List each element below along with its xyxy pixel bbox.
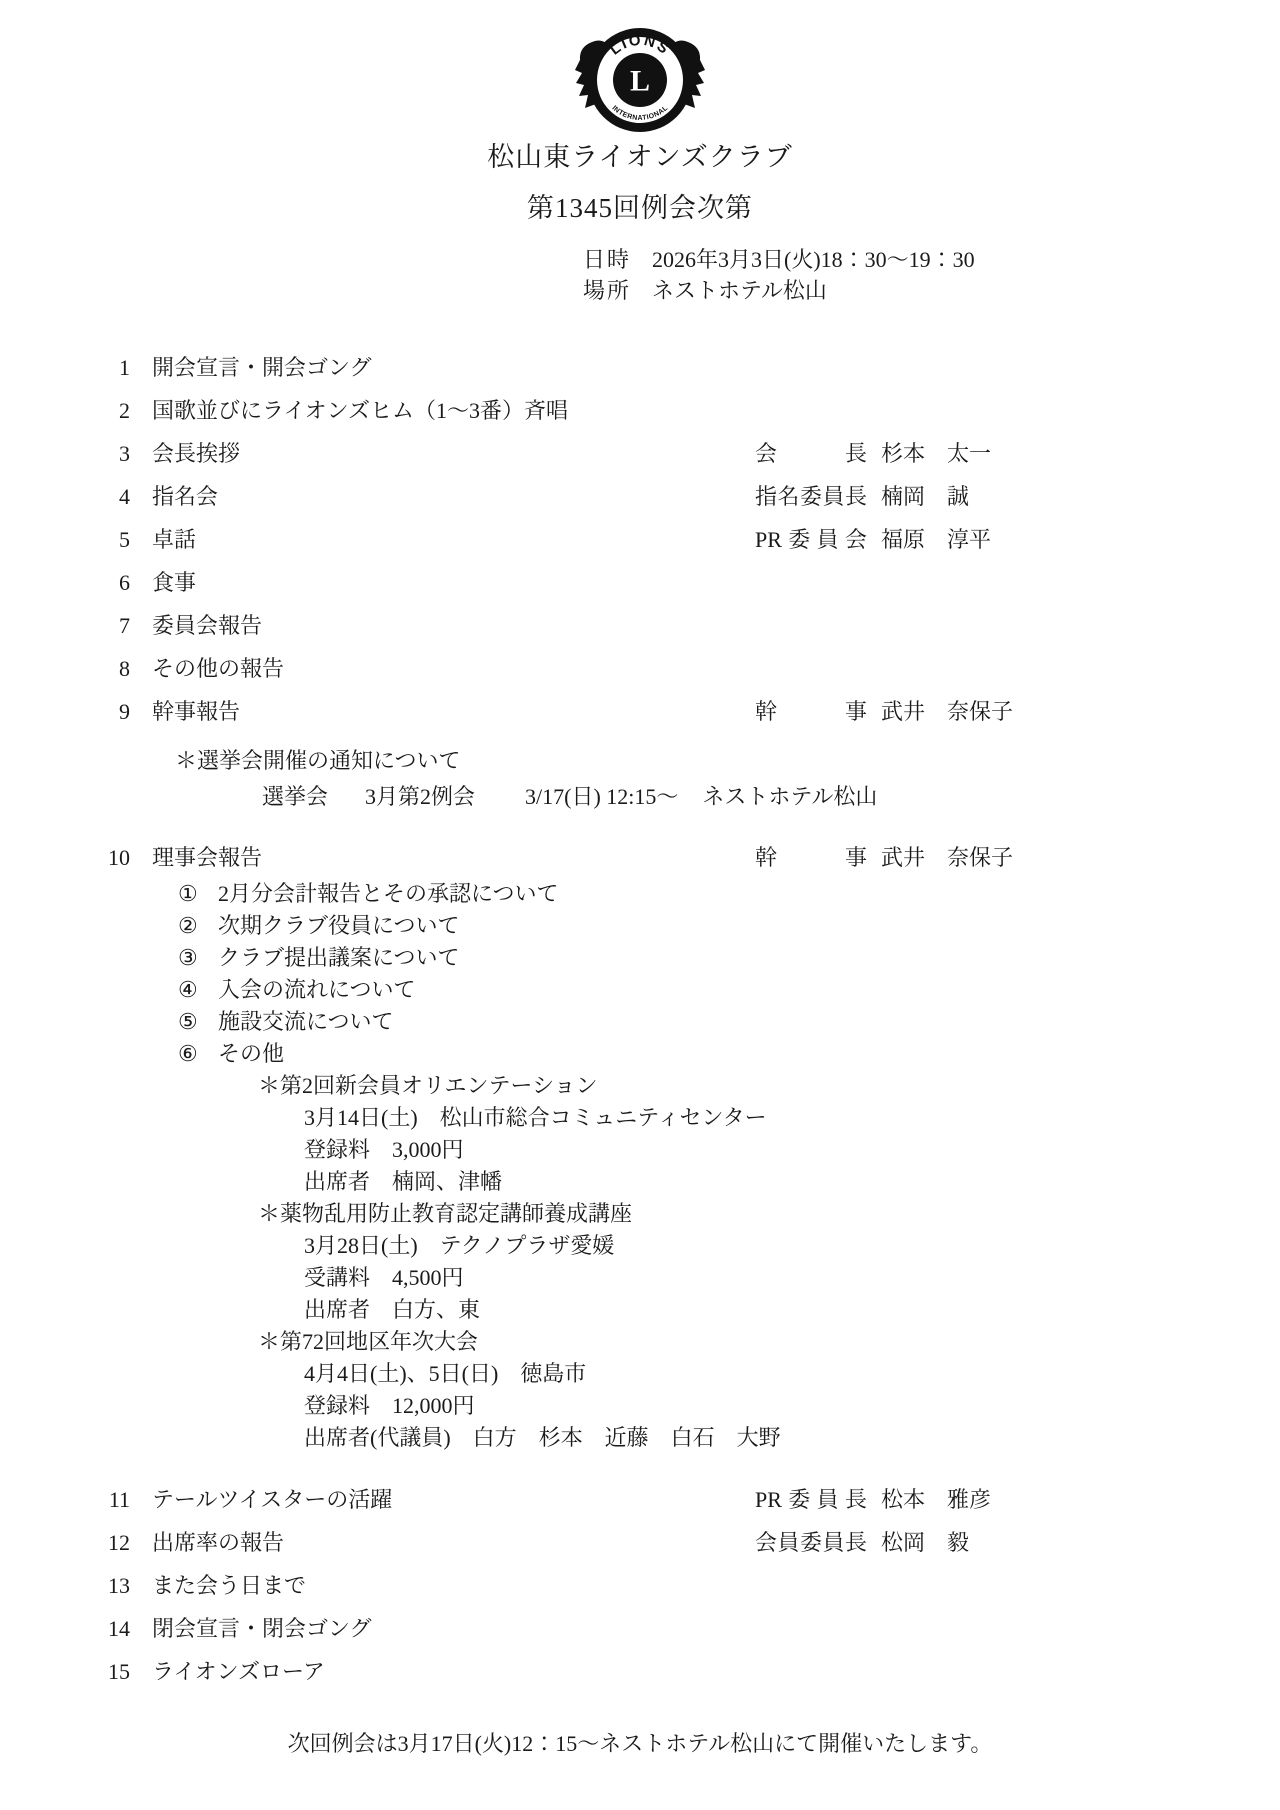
- meeting-info: 日時 2026年3月3日(火)18：30～19：30 場所 ネストホテル松山: [583, 244, 1280, 306]
- item-text: 開会宣言・開会ゴング: [152, 354, 372, 381]
- agenda-item-7: 7 委員会報告: [94, 612, 1280, 639]
- item-number: 5: [94, 526, 130, 553]
- officer-role: PR委員会: [755, 526, 867, 553]
- board-item-text: 入会の流れについて: [218, 976, 416, 1003]
- agenda-item-13: 13 また会う日まで: [94, 1572, 1280, 1599]
- board-item-text: クラブ提出議案について: [218, 944, 460, 971]
- item-number: 4: [94, 483, 130, 510]
- item-text: 出席率の報告: [152, 1529, 284, 1556]
- item-text: ライオンズローア: [152, 1658, 325, 1685]
- page-title: 松山東ライオンズクラブ: [0, 140, 1280, 174]
- logo-center-letter: L: [630, 65, 650, 98]
- board-note-1-line-2: 登録料 3,000円: [304, 1136, 1280, 1163]
- officer-block: 会員委員長 松岡 毅: [755, 1529, 969, 1556]
- board-note-2-line-1: 3月28日(土) テクノプラザ愛媛: [304, 1232, 1280, 1259]
- item-text: 幹事報告: [152, 698, 240, 725]
- item-number: 15: [94, 1658, 130, 1685]
- next-meeting-footer: 次回例会は3月17日(火)12：15～ネストホテル松山にて開催いたします。: [0, 1730, 1280, 1757]
- election-time: 3/17(日) 12:15～: [525, 783, 678, 810]
- place-label: 場所: [583, 275, 631, 306]
- agenda-item-6: 6 食事: [94, 569, 1280, 596]
- meeting-datetime: 日時 2026年3月3日(火)18：30～19：30: [583, 244, 1280, 275]
- agenda-item-8: 8 その他の報告: [94, 655, 1280, 682]
- officer-role: 幹事: [755, 698, 867, 725]
- item-number: 12: [94, 1529, 130, 1556]
- agenda-item-4: 4 指名会 指名委員長 楠岡 誠: [94, 483, 1280, 510]
- board-note-1-line-3: 出席者 楠岡、津幡: [304, 1168, 1280, 1195]
- officer-role: 会員委員長: [755, 1529, 867, 1556]
- board-report-item-6: ⑥ その他: [178, 1040, 1280, 1067]
- agenda-item-15: 15 ライオンズローア: [94, 1658, 1280, 1685]
- agenda-item-10: 10 理事会報告 幹事 武井 奈保子: [94, 844, 1280, 871]
- item-number: 1: [94, 354, 130, 381]
- board-report-item-3: ③ クラブ提出議案について: [178, 944, 1280, 971]
- officer-name: 楠岡 誠: [881, 483, 969, 510]
- officer-name: 杉本 太一: [881, 440, 991, 467]
- officer-role: PR委員長: [755, 1486, 867, 1513]
- officer-name: 松本 雅彦: [881, 1486, 991, 1513]
- agenda-item-5: 5 卓話 PR委員会 福原 淳平: [94, 526, 1280, 553]
- circled-number: ⑥: [178, 1040, 204, 1067]
- board-item-text: 施設交流について: [218, 1008, 394, 1035]
- officer-role: 会長: [755, 440, 867, 467]
- election-label: 選挙会: [262, 783, 328, 810]
- agenda-item-11: 11 テールツイスターの活躍 PR委員長 松本 雅彦: [94, 1486, 1280, 1513]
- item-number: 10: [94, 844, 130, 871]
- item-number: 7: [94, 612, 130, 639]
- officer-block: PR委員長 松本 雅彦: [755, 1486, 991, 1513]
- election-meeting: 3月第2例会: [365, 783, 475, 810]
- board-note-3-line-2: 登録料 12,000円: [304, 1392, 1280, 1419]
- board-item-text: 次期クラブ役員について: [218, 912, 460, 939]
- place-value: ネストホテル松山: [652, 275, 827, 306]
- board-note-3-line-3: 出席者(代議員) 白方 杉本 近藤 白石 大野: [304, 1424, 1280, 1451]
- officer-block: 指名委員長 楠岡 誠: [755, 483, 969, 510]
- officer-name: 武井 奈保子: [881, 698, 1013, 725]
- lions-club-logo-icon: L LIONS INTERNATIONAL: [574, 18, 706, 136]
- board-note-1-title: ＊第2回新会員オリエンテーション: [258, 1072, 1280, 1099]
- item-text: 卓話: [152, 526, 196, 553]
- board-note-2-title: ＊薬物乱用防止教育認定講師養成講座: [258, 1200, 1280, 1227]
- agenda-item-1: 1 開会宣言・開会ゴング: [94, 354, 1280, 381]
- election-place: ネストホテル松山: [702, 783, 877, 810]
- agenda-item-9: 9 幹事報告 幹事 武井 奈保子: [94, 698, 1280, 725]
- item-text: 指名会: [152, 483, 218, 510]
- item-text: 会長挨拶: [152, 440, 240, 467]
- officer-name: 武井 奈保子: [881, 844, 1013, 871]
- item-number: 14: [94, 1615, 130, 1642]
- officer-block: 幹事 武井 奈保子: [755, 844, 1013, 871]
- board-note-2-line-2: 受講料 4,500円: [304, 1264, 1280, 1291]
- item-text: テールツイスターの活躍: [152, 1486, 392, 1513]
- item-text: 国歌並びにライオンズヒム（1～3番）斉唱: [152, 397, 568, 424]
- page-subtitle: 第1345回例会次第: [0, 192, 1280, 224]
- meeting-place: 場所 ネストホテル松山: [583, 275, 1280, 306]
- logo-container: L LIONS INTERNATIONAL: [0, 0, 1280, 136]
- item-text: 閉会宣言・閉会ゴング: [152, 1615, 372, 1642]
- election-notice-detail: 選挙会 3月第2例会 3/17(日) 12:15～ ネストホテル松山: [262, 783, 1280, 810]
- board-item-text: その他: [218, 1040, 284, 1067]
- document-page: L LIONS INTERNATIONAL 松山東ライオンズクラブ 第1345回…: [0, 0, 1280, 1810]
- agenda-item-14: 14 閉会宣言・閉会ゴング: [94, 1615, 1280, 1642]
- circled-number: ②: [178, 912, 204, 939]
- officer-role: 幹事: [755, 844, 867, 871]
- datetime-value: 2026年3月3日(火)18：30～19：30: [652, 244, 975, 275]
- election-notice-heading: ＊選挙会開催の通知について: [175, 747, 1280, 774]
- item-text: 委員会報告: [152, 612, 262, 639]
- item-number: 3: [94, 440, 130, 467]
- officer-block: 会長 杉本 太一: [755, 440, 991, 467]
- board-note-3-title: ＊第72回地区年次大会: [258, 1328, 1280, 1355]
- officer-role: 指名委員長: [755, 483, 867, 510]
- board-report-item-1: ① 2月分会計報告とその承認について: [178, 880, 1280, 907]
- board-report-item-4: ④ 入会の流れについて: [178, 976, 1280, 1003]
- officer-name: 福原 淳平: [881, 526, 991, 553]
- circled-number: ①: [178, 880, 204, 907]
- item-text: その他の報告: [152, 655, 284, 682]
- board-report-item-2: ② 次期クラブ役員について: [178, 912, 1280, 939]
- item-text: 食事: [152, 569, 196, 596]
- circled-number: ④: [178, 976, 204, 1003]
- board-report-item-5: ⑤ 施設交流について: [178, 1008, 1280, 1035]
- item-text: また会う日まで: [152, 1572, 306, 1599]
- board-note-3-line-1: 4月4日(土)、5日(日) 徳島市: [304, 1360, 1280, 1387]
- board-item-text: 2月分会計報告とその承認について: [218, 880, 559, 907]
- officer-block: PR委員会 福原 淳平: [755, 526, 991, 553]
- officer-block: 幹事 武井 奈保子: [755, 698, 1013, 725]
- agenda-item-2: 2 国歌並びにライオンズヒム（1～3番）斉唱: [94, 397, 1280, 424]
- item-number: 2: [94, 397, 130, 424]
- agenda-item-3: 3 会長挨拶 会長 杉本 太一: [94, 440, 1280, 467]
- officer-name: 松岡 毅: [881, 1529, 969, 1556]
- datetime-label: 日時: [583, 244, 631, 275]
- circled-number: ③: [178, 944, 204, 971]
- item-number: 9: [94, 698, 130, 725]
- item-number: 11: [94, 1486, 130, 1513]
- board-note-1-line-1: 3月14日(土) 松山市総合コミュニティセンター: [304, 1104, 1280, 1131]
- agenda-item-12: 12 出席率の報告 会員委員長 松岡 毅: [94, 1529, 1280, 1556]
- circled-number: ⑤: [178, 1008, 204, 1035]
- item-text: 理事会報告: [152, 844, 262, 871]
- item-number: 13: [94, 1572, 130, 1599]
- board-note-2-line-3: 出席者 白方、東: [304, 1296, 1280, 1323]
- item-number: 8: [94, 655, 130, 682]
- item-number: 6: [94, 569, 130, 596]
- agenda-list: 1 開会宣言・開会ゴング 2 国歌並びにライオンズヒム（1～3番）斉唱 3 会長…: [0, 354, 1280, 1685]
